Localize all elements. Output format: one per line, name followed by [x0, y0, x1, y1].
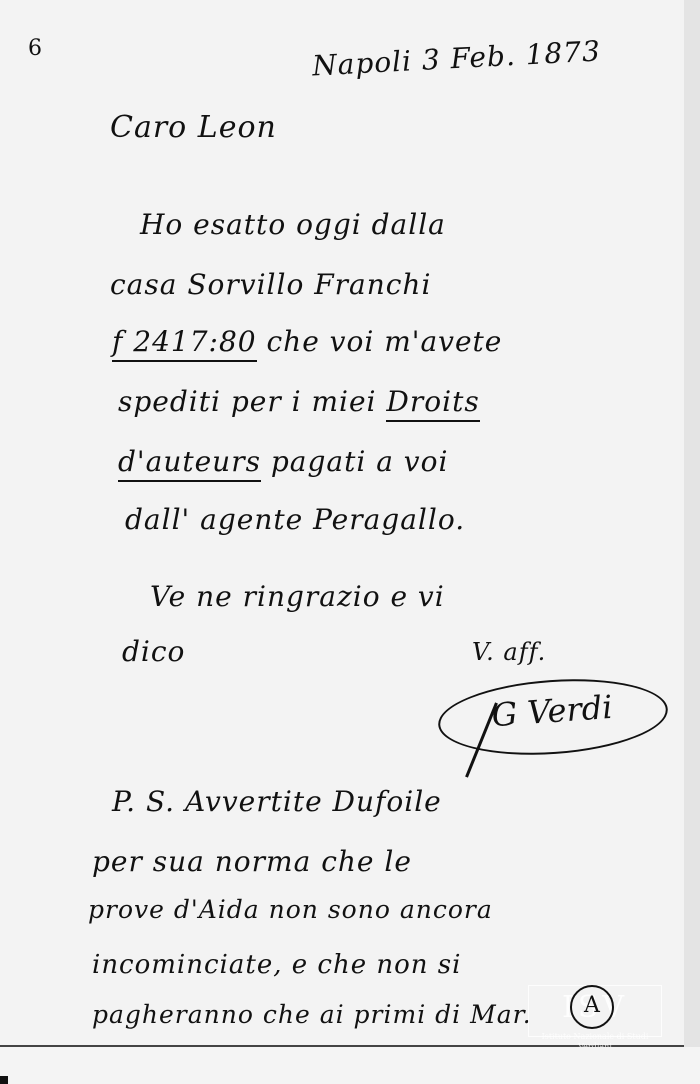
body-line: casa Sorvillo Franchi: [110, 268, 431, 301]
postscript-line: prove d'Aida non sono ancora: [88, 895, 493, 924]
dateline: Napoli 3 Feb. 1873: [311, 34, 601, 82]
page-number: 6: [28, 36, 43, 61]
postscript-line: P. S. Avvertite Dufoile: [112, 785, 442, 818]
amount-underlined: f 2417:80: [112, 325, 257, 362]
scan-margin-right: [684, 0, 700, 1084]
body-line: dico: [122, 635, 185, 668]
salutation: Caro Leon: [110, 110, 277, 145]
body-line: d'auteurs pagati a voi: [118, 445, 448, 478]
scan-margin-bottom: [0, 1047, 700, 1084]
body-line: f 2417:80 che voi m'avete: [112, 325, 502, 358]
auteurs-underlined: d'auteurs: [118, 445, 261, 482]
scan-corner-mark: [0, 1076, 8, 1084]
archive-stamp-icon: A: [570, 985, 614, 1029]
postscript-line: per sua norma che le: [92, 845, 412, 878]
signature-flourish: G Verdi: [436, 672, 671, 762]
body-line: Ve ne ringrazio e vi: [150, 580, 445, 613]
postscript-line: incominciate, e che non si: [92, 950, 461, 980]
signature: G Verdi: [490, 688, 613, 734]
letter-page: 6 Napoli 3 Feb. 1873 Caro Leon Ho esatto…: [0, 0, 684, 1047]
postscript-line: pagheranno che ai primi di Mar.: [92, 1000, 532, 1029]
closing: V. aff.: [472, 638, 546, 666]
body-line: Ho esatto oggi dalla: [140, 208, 446, 241]
droits-underlined: Droits: [386, 385, 479, 422]
body-line: dall' agente Peragallo.: [125, 503, 465, 536]
body-line: spediti per i miei Droits: [118, 385, 480, 418]
